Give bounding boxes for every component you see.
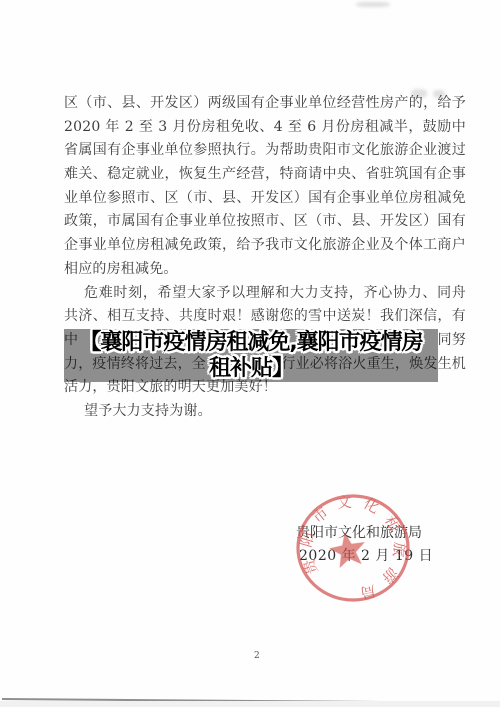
- body-line: 相应的房租减免。: [64, 258, 466, 282]
- body-line: 共济、相互支持、共度时艰！感谢您的雪中送炭！我们深信，有: [64, 305, 466, 329]
- body-line: 望予大力支持为谢。: [64, 400, 466, 424]
- overlay-title-line1: 【襄阳市疫情房租减免,襄阳市疫情房: [64, 330, 438, 356]
- body-line: 难关、稳定就业，恢复生产经营，特商请中央、省驻筑国有企事: [64, 163, 466, 187]
- overlay-title: 【襄阳市疫情房租减免,襄阳市疫情房 租补贴】: [64, 330, 438, 382]
- scan-edge-strip: [0, 701, 500, 707]
- body-line: 省属国有企事业单位参照执行。为帮助贵阳市文化旅游企业渡过: [64, 139, 466, 163]
- page-number: 2: [254, 651, 260, 661]
- body-line: 危难时刻，希望大家予以理解和大力支持，齐心协力、同舟: [64, 282, 466, 306]
- body-line: 企事业单位房租减免政策，给予我市文化旅游企业及个体工商户: [64, 234, 466, 258]
- official-seal: 贵阳市文化和旅游局: [291, 486, 415, 610]
- scanned-letter-page: 区（市、县、开发区）两级国有企事业单位经营性房产的，给予 2020 年 2 至 …: [0, 0, 500, 707]
- red-star-icon: [327, 529, 369, 569]
- overlay-title-line2: 租补贴】: [64, 356, 438, 382]
- body-line: 2020 年 2 至 3 月份房租免收、4 至 6 月份房租减半，鼓励中央和: [64, 116, 466, 140]
- body-line: 业单位参照市、区（市、县、开发区）国有企事业单位房租减免: [64, 187, 466, 211]
- obscured-line-end: 同努: [438, 329, 466, 353]
- body-line: 区（市、县、开发区）两级国有企事业单位经营性房产的，给予: [64, 92, 466, 116]
- scan-smudge: [356, 2, 390, 7]
- body-line: 政策，市属国有企事业单位按照市、区（市、县、开发区）国有: [64, 210, 466, 234]
